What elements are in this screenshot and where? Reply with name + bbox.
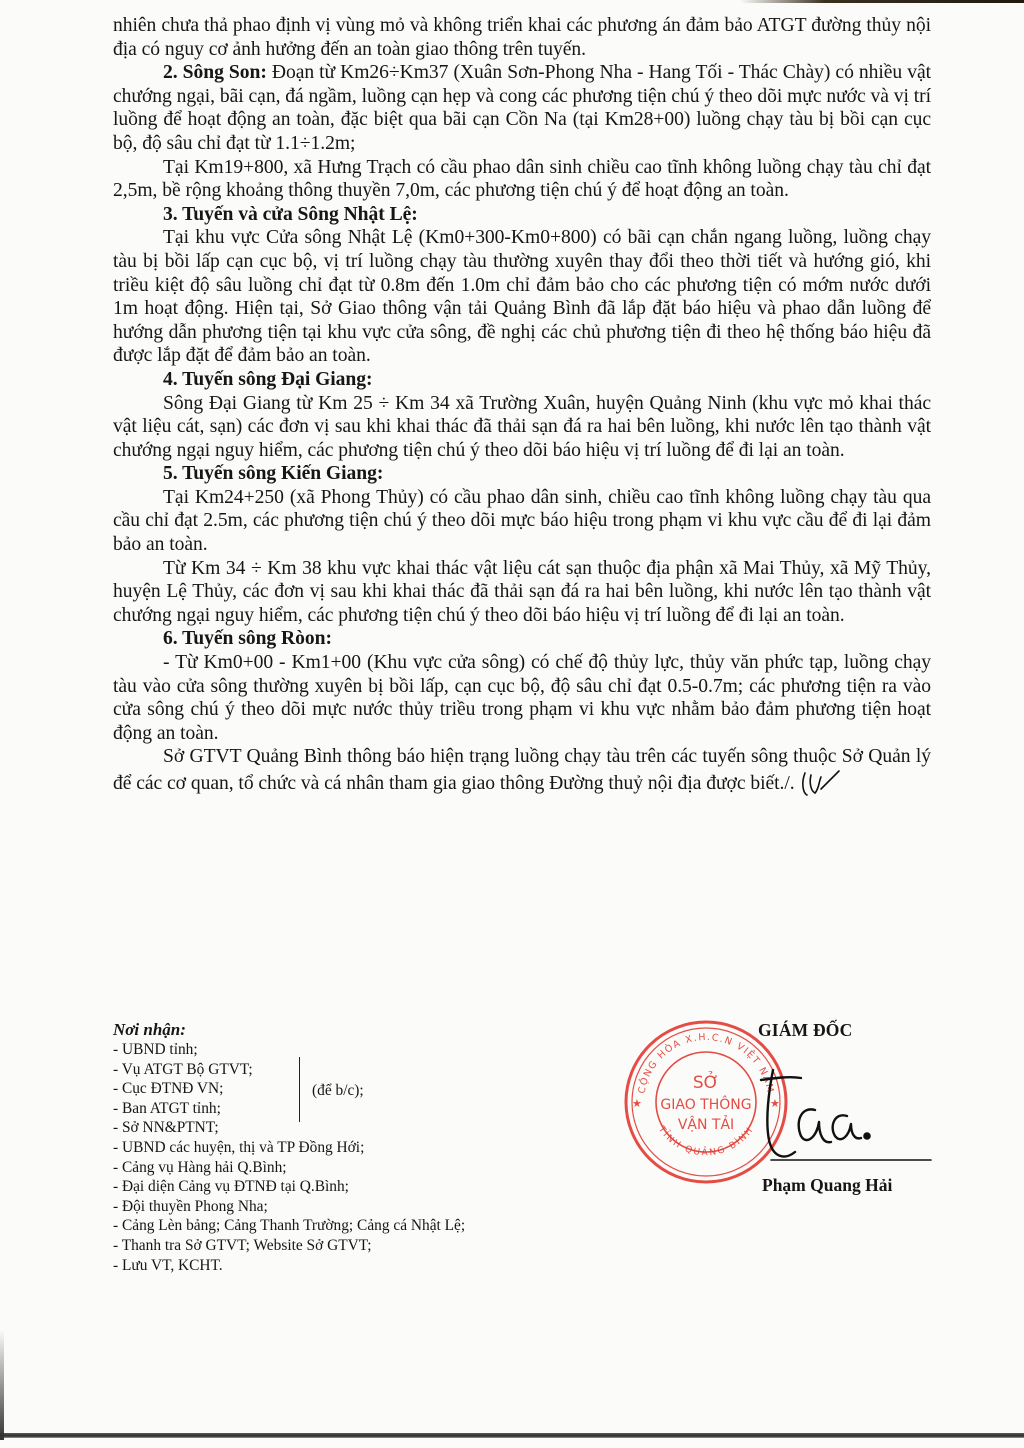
section-heading: 3. Tuyến và cửa Sông Nhật Lệ: (113, 203, 931, 227)
paragraph: nhiên chưa thả phao định vị vùng mỏ và k… (113, 14, 931, 61)
svg-text:VẬN TẢI: VẬN TẢI (678, 1115, 734, 1133)
section-heading: 5. Tuyến sông Kiến Giang: (113, 462, 931, 486)
recipients-list: - UBND tỉnh;- Vụ ATGT Bộ GTVT;- Cục ĐTNĐ… (113, 1040, 533, 1275)
scan-edge-left (0, 1330, 4, 1440)
paragraph: Sông Đại Giang từ Km 25 ÷ Km 34 xã Trườn… (113, 392, 931, 463)
svg-text:★: ★ (632, 1097, 642, 1110)
paragraph: Từ Km 34 ÷ Km 38 khu vực khai thác vật l… (113, 557, 931, 628)
signer-title: GIÁM ĐỐC (758, 1020, 852, 1041)
recipient-item: - Cảng vụ Hàng hải Q.Bình; (113, 1158, 533, 1178)
recipients-title: Nơi nhận: (113, 1020, 533, 1040)
recipients-bracket (299, 1057, 300, 1122)
recipients-block: Nơi nhận: - UBND tỉnh;- Vụ ATGT Bộ GTVT;… (113, 1020, 533, 1275)
initials-mark (799, 769, 845, 797)
section-heading: 6. Tuyến sông Ròon: (113, 627, 931, 651)
paragraph: 2. Sông Son: Đoạn từ Km26÷Km37 (Xuân Sơn… (113, 61, 931, 155)
recipient-item: - Đại diện Cảng vụ ĐTNĐ tại Q.Bình; (113, 1177, 533, 1197)
recipients-bracket-note: (để b/c); (312, 1082, 364, 1100)
handwritten-signature (755, 1060, 935, 1170)
svg-text:GIAO THÔNG: GIAO THÔNG (660, 1095, 751, 1113)
section-heading: 4. Tuyến sông Đại Giang: (113, 368, 931, 392)
scan-edge-top (740, 0, 1024, 3)
signature-block: CỘNG HÒA X.H.C.N VIỆT NAM TỈNH QUẢNG BÌN… (600, 1010, 930, 1210)
paragraph: - Từ Km0+00 - Km1+00 (Khu vực cửa sông) … (113, 651, 931, 745)
recipient-item: - UBND các huyện, thị và TP Đồng Hới; (113, 1138, 533, 1158)
recipient-item: - UBND tỉnh; (113, 1040, 533, 1060)
recipient-item: - Thanh tra Sở GTVT; Website Sở GTVT; (113, 1236, 533, 1256)
recipient-item: - Đội thuyền Phong Nha; (113, 1197, 533, 1217)
paragraph: Tại Km24+250 (xã Phong Thủy) có cầu phao… (113, 486, 931, 557)
recipient-item: - Ban ATGT tỉnh; (113, 1099, 533, 1119)
recipient-item: - Lưu VT, KCHT. (113, 1256, 533, 1276)
document-body: nhiên chưa thả phao định vị vùng mỏ và k… (113, 14, 931, 797)
paragraph: Tại khu vực Cửa sông Nhật Lệ (Km0+300-Km… (113, 226, 931, 368)
paragraph: Sở GTVT Quảng Bình thông báo hiện trạng … (113, 745, 931, 797)
paragraph: Tại Km19+800, xã Hưng Trạch có cầu phao … (113, 156, 931, 203)
svg-text:SỞ: SỞ (693, 1070, 719, 1093)
scan-edge-bottom (0, 1433, 1024, 1438)
recipient-item: - Vụ ATGT Bộ GTVT; (113, 1060, 533, 1080)
recipient-item: - Cảng Lèn bảng; Cảng Thanh Trường; Cảng… (113, 1216, 533, 1236)
signer-name: Phạm Quang Hải (762, 1175, 892, 1196)
recipient-item: - Sở NN&PTNT; (113, 1118, 533, 1138)
